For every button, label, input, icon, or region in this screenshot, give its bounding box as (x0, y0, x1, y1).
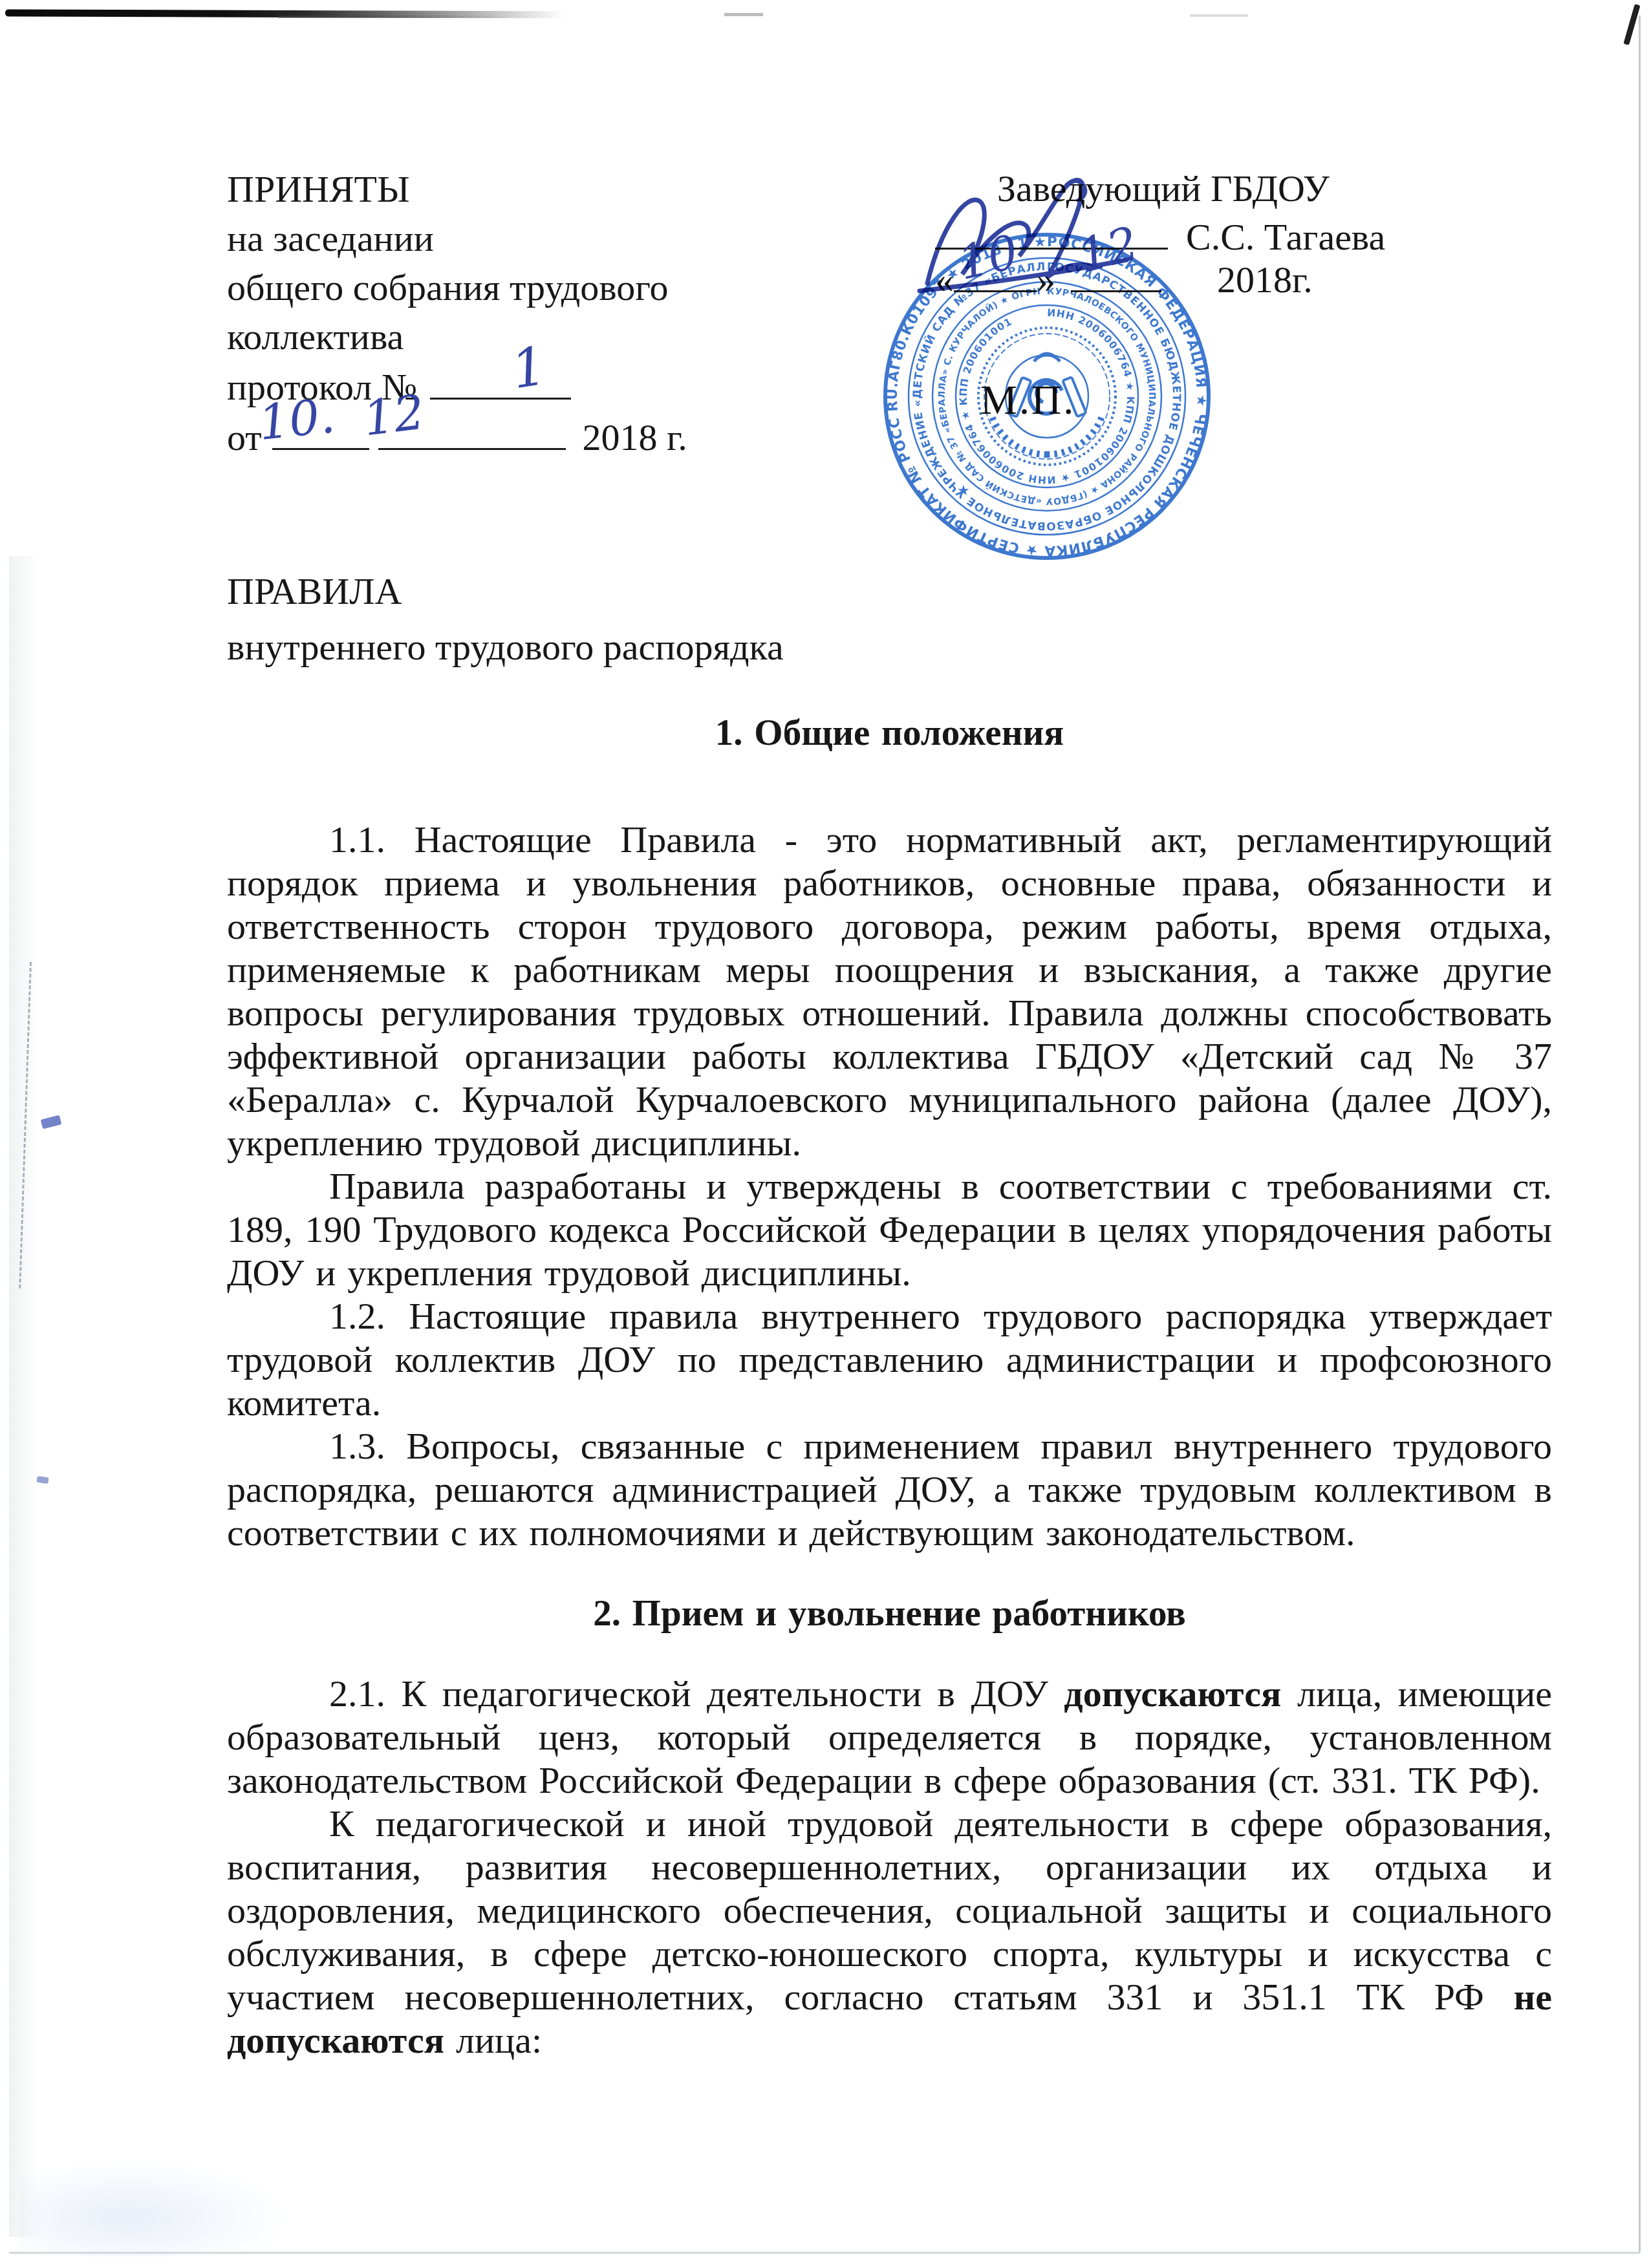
paragraph: 2.1. К педагогической деятельности в ДОУ… (227, 1672, 1552, 1802)
scan-smudge (19, 2159, 291, 2256)
scan-left-shading (9, 556, 39, 2237)
scan-streak-top-fade (278, 16, 511, 18)
date-prefix: от (227, 416, 262, 458)
text-run: лица: (444, 2019, 542, 2061)
ink-speck (41, 1115, 62, 1129)
paragraph: 1.1. Настоящие Правила - это нормативный… (227, 818, 1552, 1164)
bold-run: допускаются (1064, 1673, 1281, 1715)
paragraph: К педагогической и иной трудовой деятель… (227, 1802, 1552, 2062)
text-run: Правила разработаны и утверждены в соотв… (227, 1165, 1552, 1294)
text-run: 1.3. Вопросы, связанные с применением пр… (227, 1425, 1552, 1554)
section-heading: 1. Общие положения (227, 711, 1552, 754)
document-title-line: ПРАВИЛА (227, 564, 784, 619)
paragraph: 1.3. Вопросы, связанные с применением пр… (227, 1424, 1552, 1554)
accepted-line: на заседании (227, 214, 687, 263)
text-run: 1.2. Настоящие правила внутреннего трудо… (227, 1295, 1552, 1424)
accepted-line: ПРИНЯТЫ (227, 165, 687, 214)
page-edge-right (1639, 16, 1641, 2252)
document-title: ПРАВИЛА внутреннего трудового распорядка (227, 564, 784, 675)
text-run: К педагогической и иной трудовой деятель… (227, 1803, 1552, 2018)
accepted-line: коллектива (227, 312, 687, 361)
text-run: 1.1. Настоящие Правила - это нормативный… (227, 818, 1552, 1164)
handwritten-day: 10. (256, 388, 338, 451)
accepted-line: общего собрания трудового (227, 263, 687, 312)
document-body: 1. Общие положения1.1. Настоящие Правила… (227, 711, 1552, 2062)
scan-corner-mark (1623, 4, 1640, 45)
paragraph: Правила разработаны и утверждены в соотв… (227, 1164, 1552, 1294)
approval-year: 2018г. (1217, 259, 1313, 301)
handwritten-month: 12 (360, 385, 427, 447)
document-title-line: внутреннего трудового распорядка (227, 619, 784, 675)
date-year: 2018 г. (583, 416, 687, 458)
section-heading: 2. Прием и увольнение работников (227, 1592, 1552, 1635)
scan-dash (724, 13, 763, 16)
text-run: 2.1. К педагогической деятельности в ДОУ (329, 1673, 1064, 1715)
scan-dash (1190, 14, 1248, 17)
svg-text:★: ★ (957, 483, 970, 499)
paragraph: 1.2. Настоящие правила внутреннего трудо… (227, 1294, 1552, 1424)
